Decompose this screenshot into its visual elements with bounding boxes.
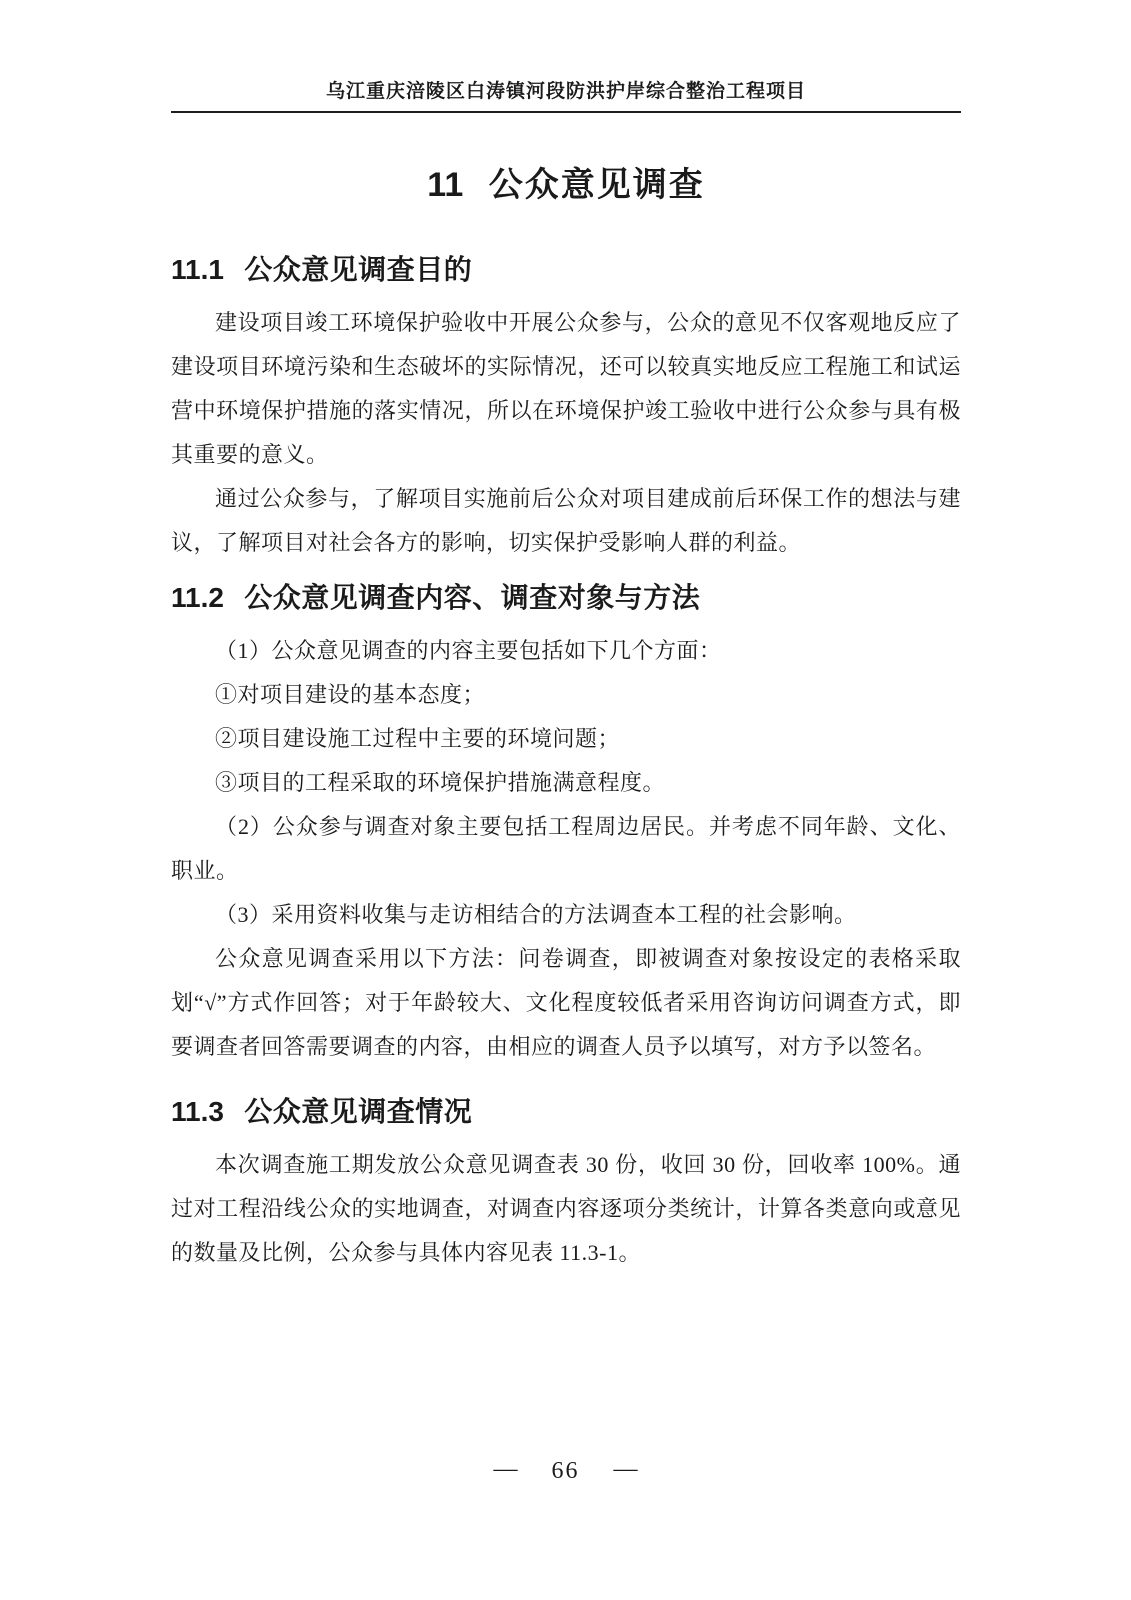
page-footer: —66— bbox=[0, 1458, 1131, 1485]
section-number: 11.1 bbox=[171, 254, 224, 285]
paragraph: （1）公众意见调查的内容主要包括如下几个方面： bbox=[171, 629, 961, 673]
page-number: 66 bbox=[552, 1458, 580, 1484]
section-number: 11.3 bbox=[171, 1096, 224, 1127]
chapter-number: 11 bbox=[427, 166, 463, 204]
document-content: 11 公众意见调查 11.1 公众意见调查目的 建设项目竣工环境保护验收中开展公… bbox=[171, 107, 961, 1275]
paragraph: 建设项目竣工环境保护验收中开展公众参与，公众的意见不仅客观地反应了建设项目环境污… bbox=[171, 301, 961, 477]
list-item-circled-1: ①对项目建设的基本态度； bbox=[171, 673, 961, 717]
section-number: 11.2 bbox=[171, 582, 224, 613]
list-item-circled-3: ③项目的工程采取的环境保护措施满意程度。 bbox=[171, 761, 961, 805]
list-item-circled-2: ②项目建设施工过程中主要的环境问题； bbox=[171, 717, 961, 761]
paragraph: 公众意见调查采用以下方法：问卷调查，即被调查对象按设定的表格采取划“√”方式作回… bbox=[171, 937, 961, 1069]
paragraph: （3）采用资料收集与走访相结合的方法调查本工程的社会影响。 bbox=[171, 893, 961, 937]
section-title-text: 公众意见调查内容、调查对象与方法 bbox=[244, 582, 700, 613]
footer-right-dash: — bbox=[614, 1456, 638, 1483]
chapter-title-text: 公众意见调查 bbox=[489, 166, 705, 204]
section-heading-11-1: 11.1 公众意见调查目的 bbox=[171, 251, 961, 289]
section-title-text: 公众意见调查情况 bbox=[244, 1096, 472, 1127]
document-page: 乌江重庆涪陵区白涛镇河段防洪护岸综合整治工程项目 11 公众意见调查 11.1 … bbox=[0, 0, 1131, 1600]
section-heading-11-2: 11.2 公众意见调查内容、调查对象与方法 bbox=[171, 579, 961, 617]
chapter-title: 11 公众意见调查 bbox=[171, 163, 961, 207]
section-title-text: 公众意见调查目的 bbox=[244, 254, 472, 285]
footer-left-dash: — bbox=[494, 1456, 518, 1483]
paragraph: 本次调查施工期发放公众意见调查表 30 份，收回 30 份，回收率 100%。通… bbox=[171, 1143, 961, 1275]
paragraph: （2）公众参与调查对象主要包括工程周边居民。并考虑不同年龄、文化、职业。 bbox=[171, 805, 961, 893]
header-title: 乌江重庆涪陵区白涛镇河段防洪护岸综合整治工程项目 bbox=[326, 81, 806, 102]
section-heading-11-3: 11.3 公众意见调查情况 bbox=[171, 1093, 961, 1131]
paragraph: 通过公众参与，了解项目实施前后公众对项目建成前后环保工作的想法与建议，了解项目对… bbox=[171, 477, 961, 565]
